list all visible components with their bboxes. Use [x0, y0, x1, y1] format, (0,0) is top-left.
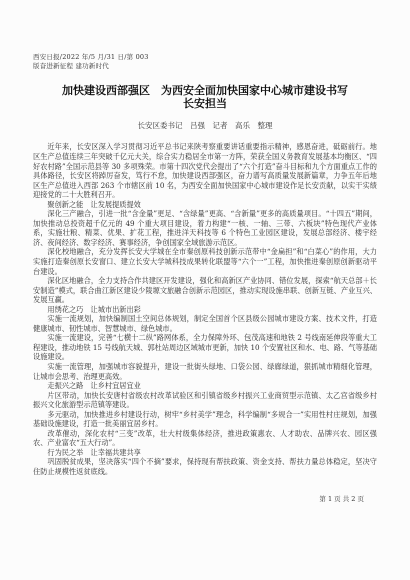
paragraph: 深化区地融合，全力支持合作共建区开发建设，强化和高新区产业协同、错位发展，探索“… — [33, 276, 377, 305]
paragraph: 改革催动，深化农村“三变”改革，壮大村级集体经济，推进政策惠农、人才助农、品牌兴… — [33, 429, 377, 448]
paragraph: 巩固脱贫成果，坚决落实“四个不摘”要求，保持现有帮扶政策、资金支持、帮扶力量总体… — [33, 457, 377, 476]
paragraph: 多元驱动，加快推进乡村建设行动，树牢“乡村美学”理念，科学编制“多规合一”实用性… — [33, 410, 377, 429]
article-title-line2: 长安担当 — [33, 97, 377, 110]
paragraph: 片区带动，加快长安唐村省级农村改革试验区和引镇省级乡村振兴工业商贸型示范镇、太乙… — [33, 391, 377, 410]
article-body: 近年来，长安区深入学习贯彻习近平总书记来陕考察重要讲话重要指示精神，感恩奋进，砥… — [33, 142, 377, 476]
page-content: 西安日报/2022 年/5 月/31 日/第 003 版奋进新征程 建功新时代 … — [0, 0, 410, 477]
source-header-line1: 西安日报/2022 年/5 月/31 日/第 003 — [33, 53, 377, 62]
article-byline: 长安区委书记 吕强 记者 高乐 整理 — [33, 121, 377, 130]
paragraph: 实施一流管理，加强城市容貌提升，建设一批街头绿地、口袋公园、绿廊绿道，狠抓城市精… — [33, 362, 377, 381]
paragraph: 近年来，长安区深入学习贯彻习近平总书记来陕考察重要讲话重要指示精神，感恩奋进，砥… — [33, 142, 377, 199]
paragraph: 深化校地融合，充分发挥长安大学城在全市秦创原科技创新示范带中“金扁担”和“白菜心… — [33, 247, 377, 276]
article-title: 加快建设西部强区 为西安全面加快国家中心城市建设书写 长安担当 — [33, 84, 377, 110]
document-page: 西安日报/2022 年/5 月/31 日/第 003 版奋进新征程 建功新时代 … — [0, 0, 410, 580]
source-header-line2: 版奋进新征程 建功新时代 — [33, 62, 377, 71]
section-heading: 用绣花之巧 让城市出新出彩 — [33, 305, 377, 315]
section-heading: 走振兴之路 让乡村宜居宜业 — [33, 381, 377, 391]
section-heading: 聚创新之能 让发展提质提效 — [33, 200, 377, 210]
paragraph: 深化三产融合，引进一批“含金量”更足、“含绿量”更高、“含新量”更多的高质量项目… — [33, 209, 377, 247]
source-header: 西安日报/2022 年/5 月/31 日/第 003 版奋进新征程 建功新时代 — [33, 53, 377, 71]
paragraph: 实施一流建设，完善“七横十二纵”路网体系，全力保障外环、包茂高速和地铁 2 号线… — [33, 333, 377, 362]
article-title-line1: 加快建设西部强区 为西安全面加快国家中心城市建设书写 — [33, 84, 377, 97]
section-heading: 行为民之举 让幸福共建共享 — [33, 448, 377, 458]
paragraph: 实施一流规划，加快编制国土空间总体规划，制定全国首个区县级公园城市建设方案、技术… — [33, 314, 377, 333]
page-number-indicator: 第 1 页 共 2 页 — [319, 494, 364, 503]
